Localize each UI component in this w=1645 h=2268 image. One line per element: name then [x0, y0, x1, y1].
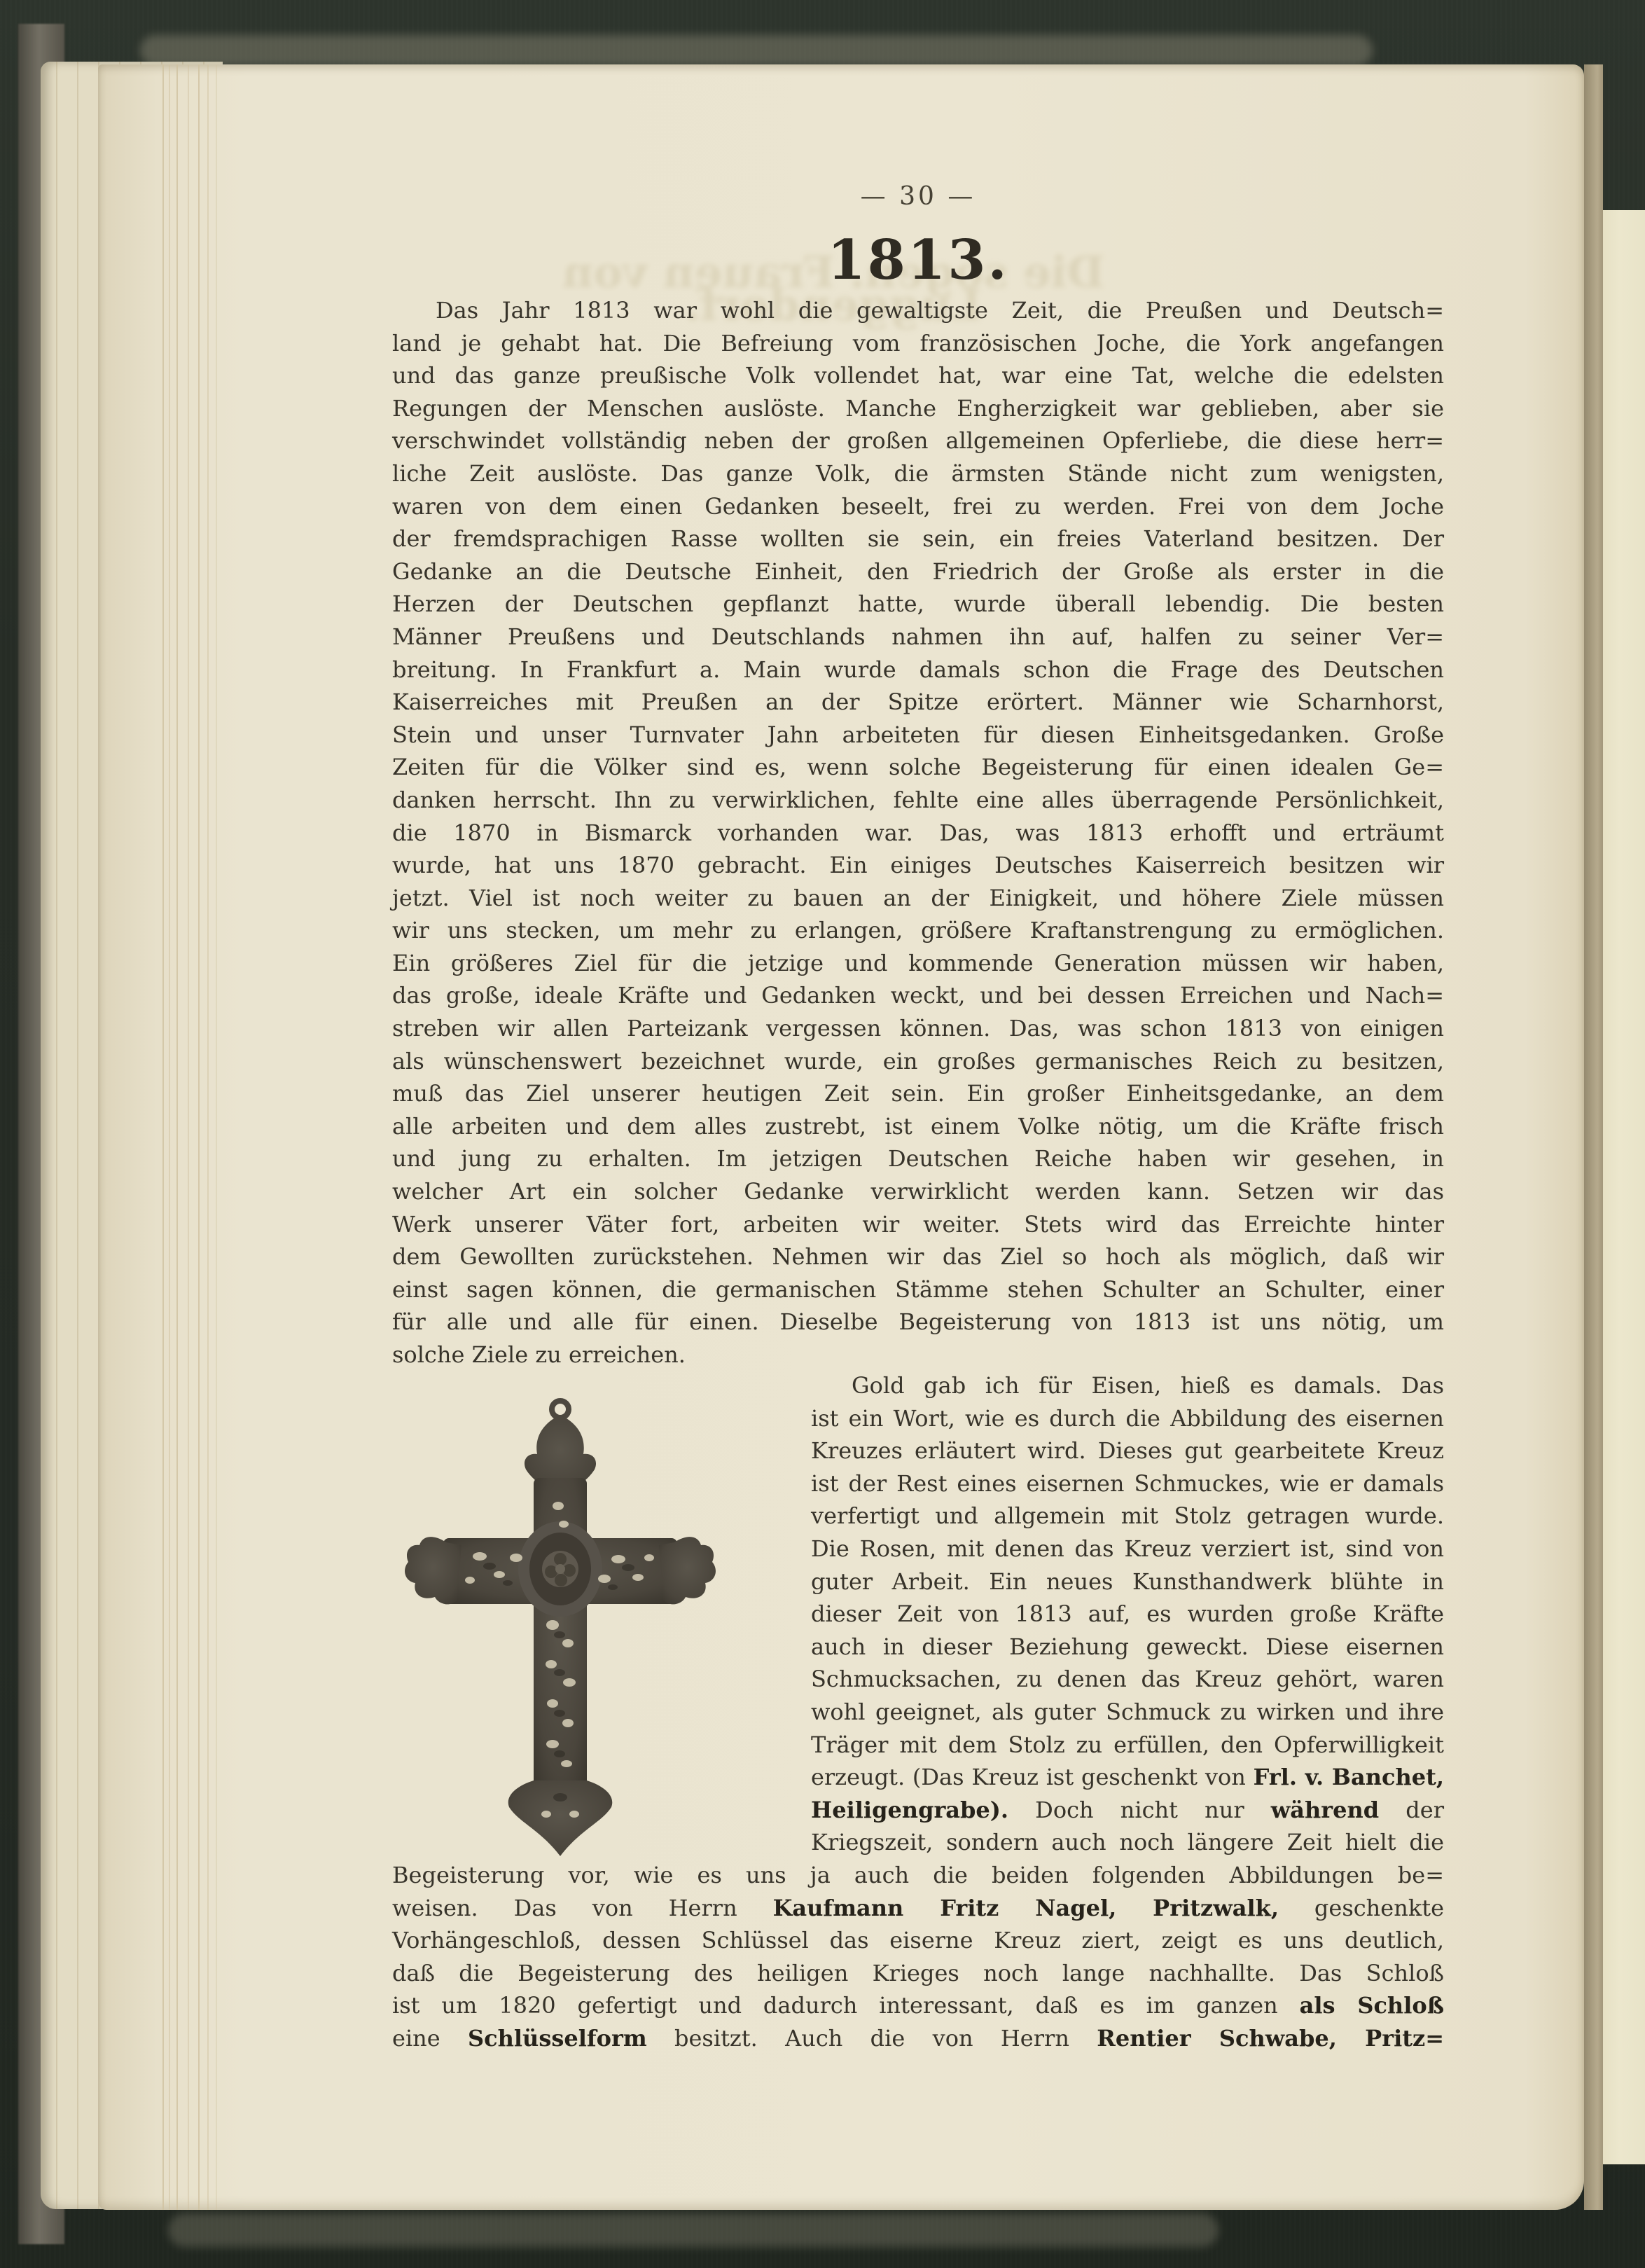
text-line: jetzt. Viel ist noch weiter zu bauen an …: [392, 882, 1444, 915]
text-line: Ein größeres Ziel für die jetzige und ko…: [392, 947, 1444, 980]
iron-cross-svg: [403, 1394, 718, 1856]
facing-page-edge: [1603, 210, 1645, 2164]
text-line: dieser Zeit von 1813 auf, es wurden groß…: [811, 1598, 1444, 1631]
text-line: das große, ideale Kräfte und Gedanken we…: [392, 979, 1444, 1012]
text-line: wurde, hat uns 1870 gebracht. Ein einige…: [392, 849, 1444, 882]
text-line: solche Ziele zu erreichen.: [392, 1339, 1444, 1371]
text-line: für alle und alle für einen. Dieselbe Be…: [392, 1306, 1444, 1339]
text-line: der fremdsprachigen Rasse wollten sie se…: [392, 523, 1444, 555]
text-line: Regungen der Menschen auslöste. Manche E…: [392, 392, 1444, 425]
text-line: als wünschenswert bezeichnet wurde, ein …: [392, 1045, 1444, 1078]
text-line: Stein und unser Turnvater Jahn arbeitete…: [392, 719, 1444, 752]
paragraph-2-right-column: Gold gab ich für Eisen, hieß es damals. …: [811, 1369, 1444, 1859]
text-line: danken herrscht. Ihn zu verwirklichen, f…: [392, 784, 1444, 817]
text-line: Schmucksachen, zu denen das Kreuz gehört…: [811, 1663, 1444, 1696]
text-line: dem Gewollten zurückstehen. Nehmen wir d…: [392, 1240, 1444, 1273]
text-line: eine Schlüsselform besitzt. Auch die von…: [392, 2022, 1444, 2055]
text-line: alle arbeiten und dem alles zustrebt, is…: [392, 1110, 1444, 1143]
page-number: — 30 —: [392, 181, 1444, 214]
cross-right-tip: [659, 1537, 716, 1604]
text-line: einst sagen können, die germanischen Stä…: [392, 1273, 1444, 1306]
cross-body: [405, 1401, 716, 1856]
text-line: Zeiten für die Völker sind es, wenn solc…: [392, 751, 1444, 784]
cross-left-tip: [405, 1537, 461, 1604]
text-line: ist ein Wort, wie es durch die Abbildung…: [811, 1402, 1444, 1435]
text-line: verschwindet vollständig neben der große…: [392, 424, 1444, 457]
text-line: ist der Rest eines eisernen Schmuckes, w…: [811, 1467, 1444, 1500]
text-line: ist um 1820 gefertigt und dadurch intere…: [392, 1989, 1444, 2022]
text-line: Kaiserreiches mit Preußen an der Spitze …: [392, 686, 1444, 719]
book-top-edge-dust: [140, 35, 1373, 66]
text-line: streben wir allen Parteizank vergessen k…: [392, 1012, 1444, 1045]
iron-cross-illustration: [403, 1394, 718, 1856]
cross-bottom-finial: [508, 1780, 613, 1856]
text-line: Begeisterung vor, wie es uns ja auch die…: [392, 1859, 1444, 1892]
text-line: Das Jahr 1813 war wohl die gewaltigste Z…: [392, 294, 1444, 327]
paragraph-1: Das Jahr 1813 war wohl die gewaltigste Z…: [392, 294, 1444, 1371]
text-line: liche Zeit auslöste. Das ganze Volk, die…: [392, 457, 1444, 490]
text-line: Kreuzes erläutert wird. Dieses gut gearb…: [811, 1434, 1444, 1467]
text-line: Die Rosen, mit denen das Kreuz verziert …: [811, 1533, 1444, 1565]
cross-center-rose: [518, 1521, 602, 1617]
text-line: und jung zu erhalten. Im jetzigen Deutsc…: [392, 1142, 1444, 1175]
text-line: weisen. Das von Herrn Kaufmann Fritz Nag…: [392, 1892, 1444, 1925]
text-line: land je gehabt hat. Die Befreiung vom fr…: [392, 327, 1444, 360]
text-line: Gold gab ich für Eisen, hieß es damals. …: [811, 1369, 1444, 1402]
text-line: Werk unserer Väter fort, arbeiten wir we…: [392, 1208, 1444, 1241]
text-line: daß die Begeisterung des heiligen Kriege…: [392, 1957, 1444, 1990]
text-line: verfertigt und allgemein mit Stolz getra…: [811, 1500, 1444, 1533]
text-line: waren von dem einen Gedanken beseelt, fr…: [392, 490, 1444, 523]
text-line: Gedanke an die Deutsche Einheit, den Fri…: [392, 555, 1444, 588]
scanned-book-page: { "page": { "number": "— 30 —", "title":…: [0, 0, 1645, 2268]
page-crease-lines: [98, 64, 231, 2210]
text-line: muß das Ziel unserer heutigen Zeit sein.…: [392, 1077, 1444, 1110]
text-line: Heiligengrabe). Doch nicht nur während d…: [811, 1794, 1444, 1827]
text-line: Träger mit dem Stolz zu erfüllen, den Op…: [811, 1729, 1444, 1762]
text-line: wir uns stecken, um mehr zu erlangen, gr…: [392, 914, 1444, 947]
book-bottom-edge-dust: [168, 2213, 1219, 2247]
text-line: die 1870 in Bismarck vorhanden war. Das,…: [392, 817, 1444, 850]
text-line: Kriegszeit, sondern auch noch längere Ze…: [811, 1826, 1444, 1859]
text-line: breitung. In Frankfurt a. Main wurde dam…: [392, 654, 1444, 686]
text-line: guter Arbeit. Ein neues Kunsthandwerk bl…: [811, 1565, 1444, 1598]
text-line: erzeugt. (Das Kreuz ist geschenkt von Fr…: [811, 1761, 1444, 1794]
text-line: Herzen der Deutschen gepflanzt hatte, wu…: [392, 588, 1444, 621]
text-line: wohl geeignet, als guter Schmuck zu wirk…: [811, 1696, 1444, 1729]
chapter-title: 1813.: [392, 233, 1444, 289]
text-line: Vorhängeschloß, dessen Schlüssel das eis…: [392, 1924, 1444, 1957]
text-line: welcher Art ein solcher Gedanke verwirkl…: [392, 1175, 1444, 1208]
text-line: und das ganze preußische Volk vollendet …: [392, 359, 1444, 392]
text-line: Männer Preußens und Deutschlands nahmen …: [392, 621, 1444, 654]
book-gutter-shadow: [1584, 64, 1603, 2210]
paragraph-2-full-width: Begeisterung vor, wie es uns ja auch die…: [392, 1859, 1444, 2055]
text-line: auch in dieser Beziehung geweckt. Diese …: [811, 1631, 1444, 1664]
